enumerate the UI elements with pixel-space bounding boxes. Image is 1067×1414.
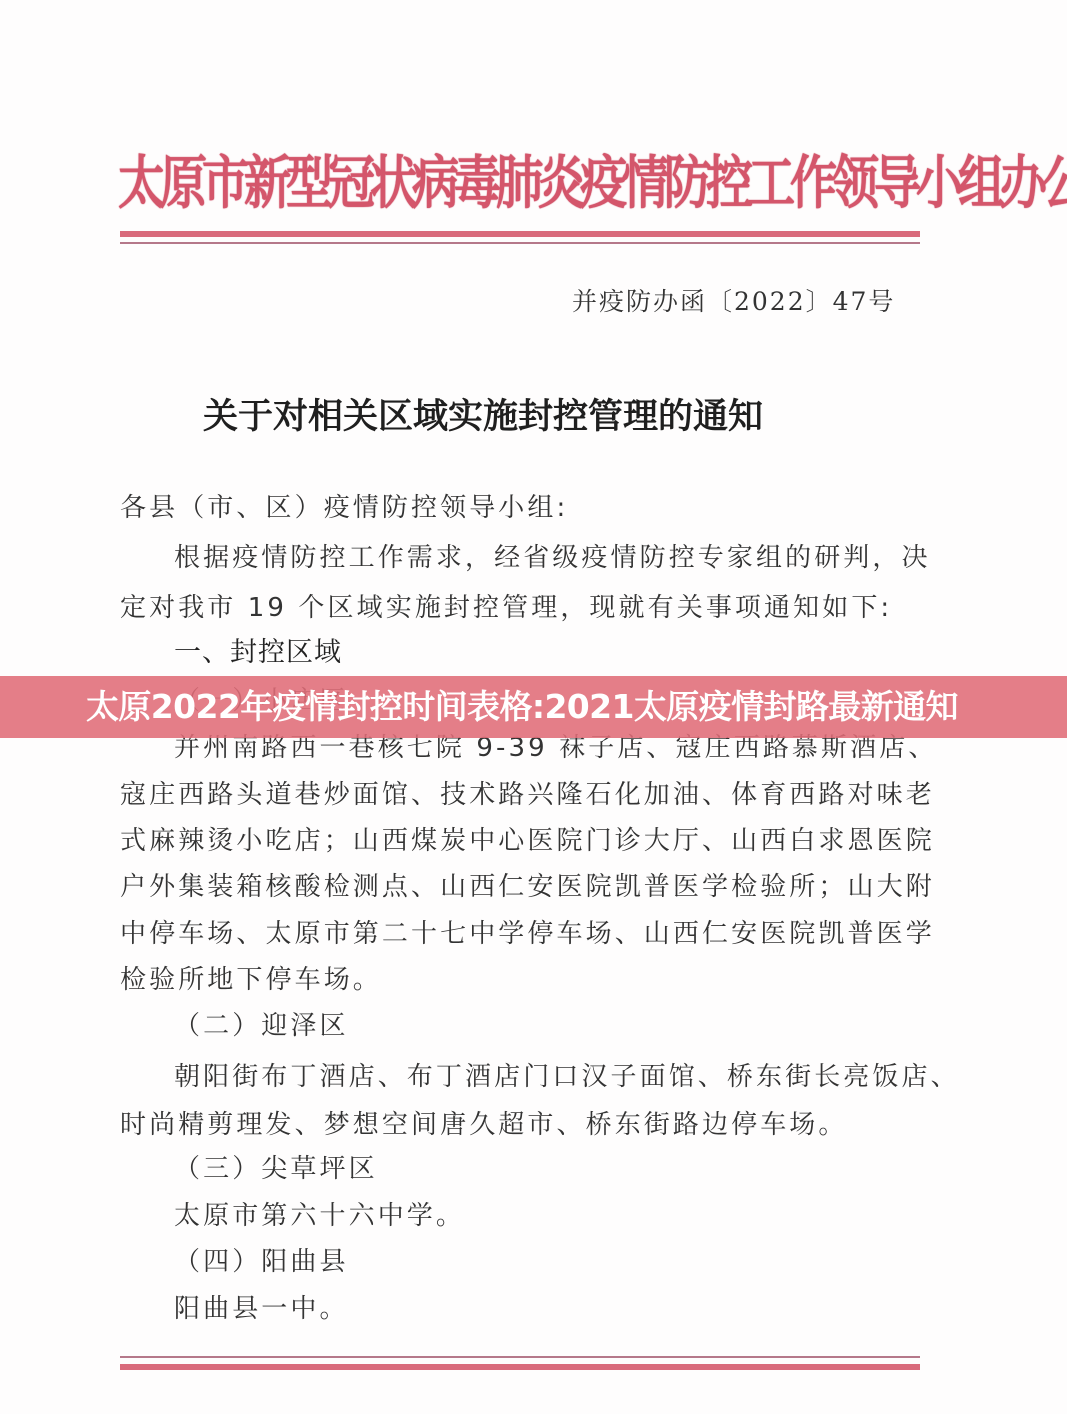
salutation: 各县（市、区）疫情防控领导小组: [120,487,568,524]
district-line: 检验所地下停车场。 [120,959,382,996]
district-line: 阳曲县一中。 [174,1288,349,1325]
district-line: 户外集装箱核酸检测点、山西仁安医院凯普医学检验所；山大附 [120,866,935,903]
doc-number: 并疫防办函〔2022〕47号 [572,282,895,318]
footer-rule-thin [120,1356,920,1358]
district-line: 朝阳街布丁酒店、布丁酒店门口汉子面馆、桥东街长亮饭店、 [174,1056,960,1093]
title-banner: 太原2022年疫情封控时间表格:2021太原疫情封路最新通知 [0,676,1067,738]
district-heading: （三）尖草坪区 [174,1148,378,1185]
district-heading: （四）阳曲县 [174,1241,349,1278]
footer-rule-thick [120,1364,920,1370]
header-rule-thick [120,231,920,237]
district-line: 中停车场、太原市第二十七中学停车场、山西仁安医院凯普医学 [120,913,935,950]
intro-line: 定对我市 19 个区域实施封控管理，现就有关事项通知如下: [120,587,892,624]
district-line: 太原市第六十六中学。 [174,1195,465,1232]
doc-title: 关于对相关区域实施封控管理的通知 [203,389,763,439]
banner-title: 太原2022年疫情封控时间表格:2021太原疫情封路最新通知 [86,684,958,730]
section-heading: 一、封控区域 [174,630,342,669]
header-rule-thin [120,242,920,244]
district-line: 式麻辣烫小吃店；山西煤炭中心医院门诊大厅、山西白求恩医院 [120,820,935,857]
district-line: 寇庄西路头道巷炒面馆、技术路兴隆石化加油、体育西路对味老 [120,774,935,811]
intro-line: 根据疫情防控工作需求，经省级疫情防控专家组的研判，决 [174,537,931,574]
district-line: 时尚精剪理发、梦想空间唐久超市、桥东街路边停车场。 [120,1104,848,1141]
district-heading: （二）迎泽区 [174,1005,349,1042]
org-header: 太原市新型冠状病毒肺炎疫情防控工作领导小组办公室 [118,138,918,220]
